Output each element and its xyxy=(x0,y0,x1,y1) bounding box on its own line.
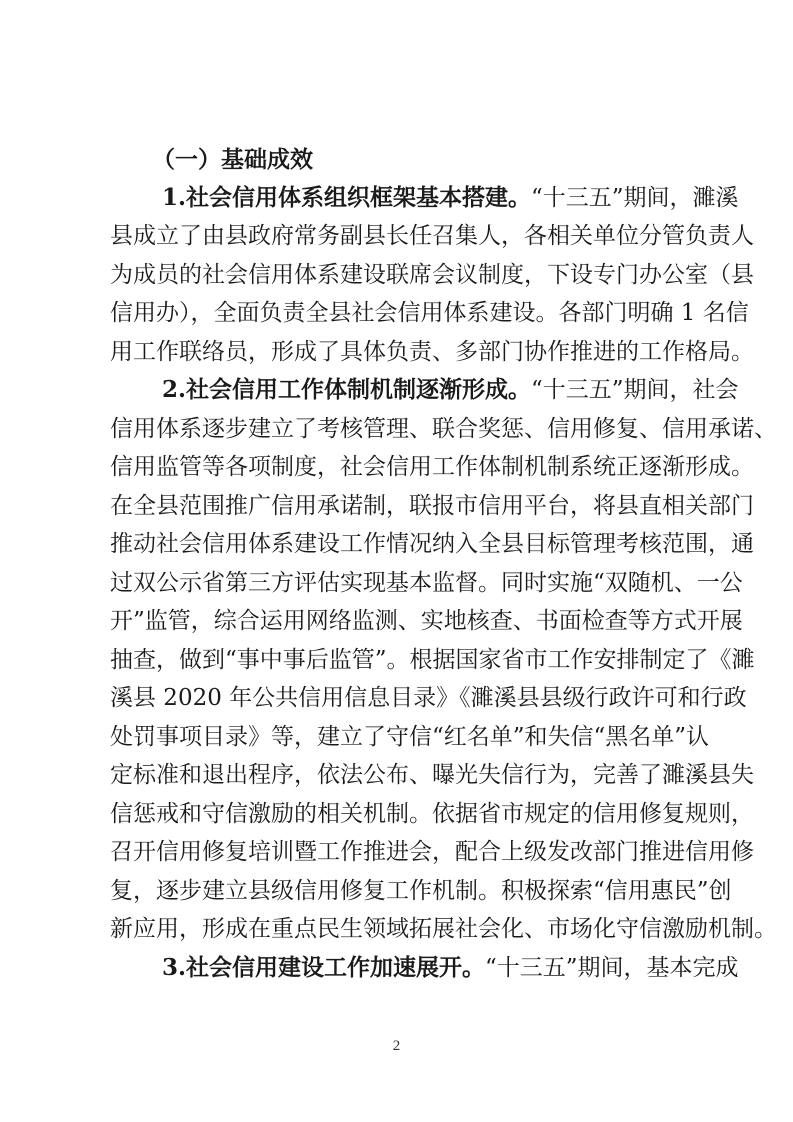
paragraph-2-line-5: 推动社会信用体系建设工作情况纳入全县目标管理考核范围，通 xyxy=(110,525,692,563)
paragraph-3-lead: 3.社会信用建设工作加速展开。 xyxy=(162,954,485,981)
page-number: 2 xyxy=(0,1038,793,1055)
section-heading: （一）基础成效 xyxy=(152,141,313,179)
paragraph-1-lead: 1.社会信用体系组织框架基本搭建。 xyxy=(162,184,531,211)
document-page: （一）基础成效 1.社会信用体系组织框架基本搭建。“十三五”期间，濉溪 县成立了… xyxy=(0,0,793,1122)
paragraph-2-line-7: 开”监管，综合运用网络监测、实地核查、书面检查等方式开展 xyxy=(110,602,692,640)
paragraph-3-text: “十三五”期间，基本完成 xyxy=(485,955,739,981)
paragraph-2-line-13: 召开信用修复培训暨工作推进会，配合上级发改部门推进信用修 xyxy=(110,833,692,871)
paragraph-2-line-6: 过双公示省第三方评估实现基本监督。同时实施“双随机、一公 xyxy=(110,564,692,602)
paragraph-2-lead: 2.社会信用工作体制机制逐渐形成。 xyxy=(162,376,531,403)
paragraph-2-line-3: 信用监管等各项制度，社会信用工作体制机制系统正逐渐形成。 xyxy=(110,448,692,486)
paragraph-3-line-1: 3.社会信用建设工作加速展开。“十三五”期间，基本完成 xyxy=(162,949,692,987)
paragraph-1-line-3: 为成员的社会信用体系建设联席会议制度，下设专门办公室（县 xyxy=(110,256,692,294)
paragraph-2-line-8: 抽查，做到“事中事后监管”。根据国家省市工作安排制定了《濉 xyxy=(110,641,692,679)
paragraph-1-line-5: 用工作联络员，形成了具体负责、多部门协作推进的工作格局。 xyxy=(110,333,692,371)
paragraph-2-line-1: 2.社会信用工作体制机制逐渐形成。“十三五”期间，社会 xyxy=(162,371,692,409)
paragraph-1-text: “十三五”期间，濉溪 xyxy=(531,185,739,211)
paragraph-2-line-9: 溪县 2020 年公共信用信息目录》《濉溪县县级行政许可和行政 xyxy=(110,679,692,717)
paragraph-2-text: “十三五”期间，社会 xyxy=(531,377,739,403)
paragraph-2-line-14: 复，逐步建立县级信用修复工作机制。积极探索“信用惠民”创 xyxy=(110,872,692,910)
paragraph-2-line-11: 定标准和退出程序，依法公布、曝光失信行为，完善了濉溪县失 xyxy=(110,756,692,794)
paragraph-2-line-10: 处罚事项目录》等，建立了守信“红名单”和失信“黑名单”认 xyxy=(110,718,692,756)
paragraph-1-line-1: 1.社会信用体系组织框架基本搭建。“十三五”期间，濉溪 xyxy=(162,179,692,217)
paragraph-1-line-4: 信用办），全面负责全县社会信用体系建设。各部门明确 1 名信 xyxy=(110,294,692,332)
paragraph-2-line-15: 新应用，形成在重点民生领域拓展社会化、市场化守信激励机制。 xyxy=(110,910,692,948)
paragraph-2-line-12: 信惩戒和守信激励的相关机制。依据省市规定的信用修复规则， xyxy=(110,795,692,833)
paragraph-2-line-4: 在全县范围推广信用承诺制，联报市信用平台，将县直相关部门 xyxy=(110,487,692,525)
paragraph-2-line-2: 信用体系逐步建立了考核管理、联合奖惩、信用修复、信用承诺、 xyxy=(110,410,692,448)
paragraph-1-line-2: 县成立了由县政府常务副县长任召集人，各相关单位分管负责人 xyxy=(110,217,692,255)
